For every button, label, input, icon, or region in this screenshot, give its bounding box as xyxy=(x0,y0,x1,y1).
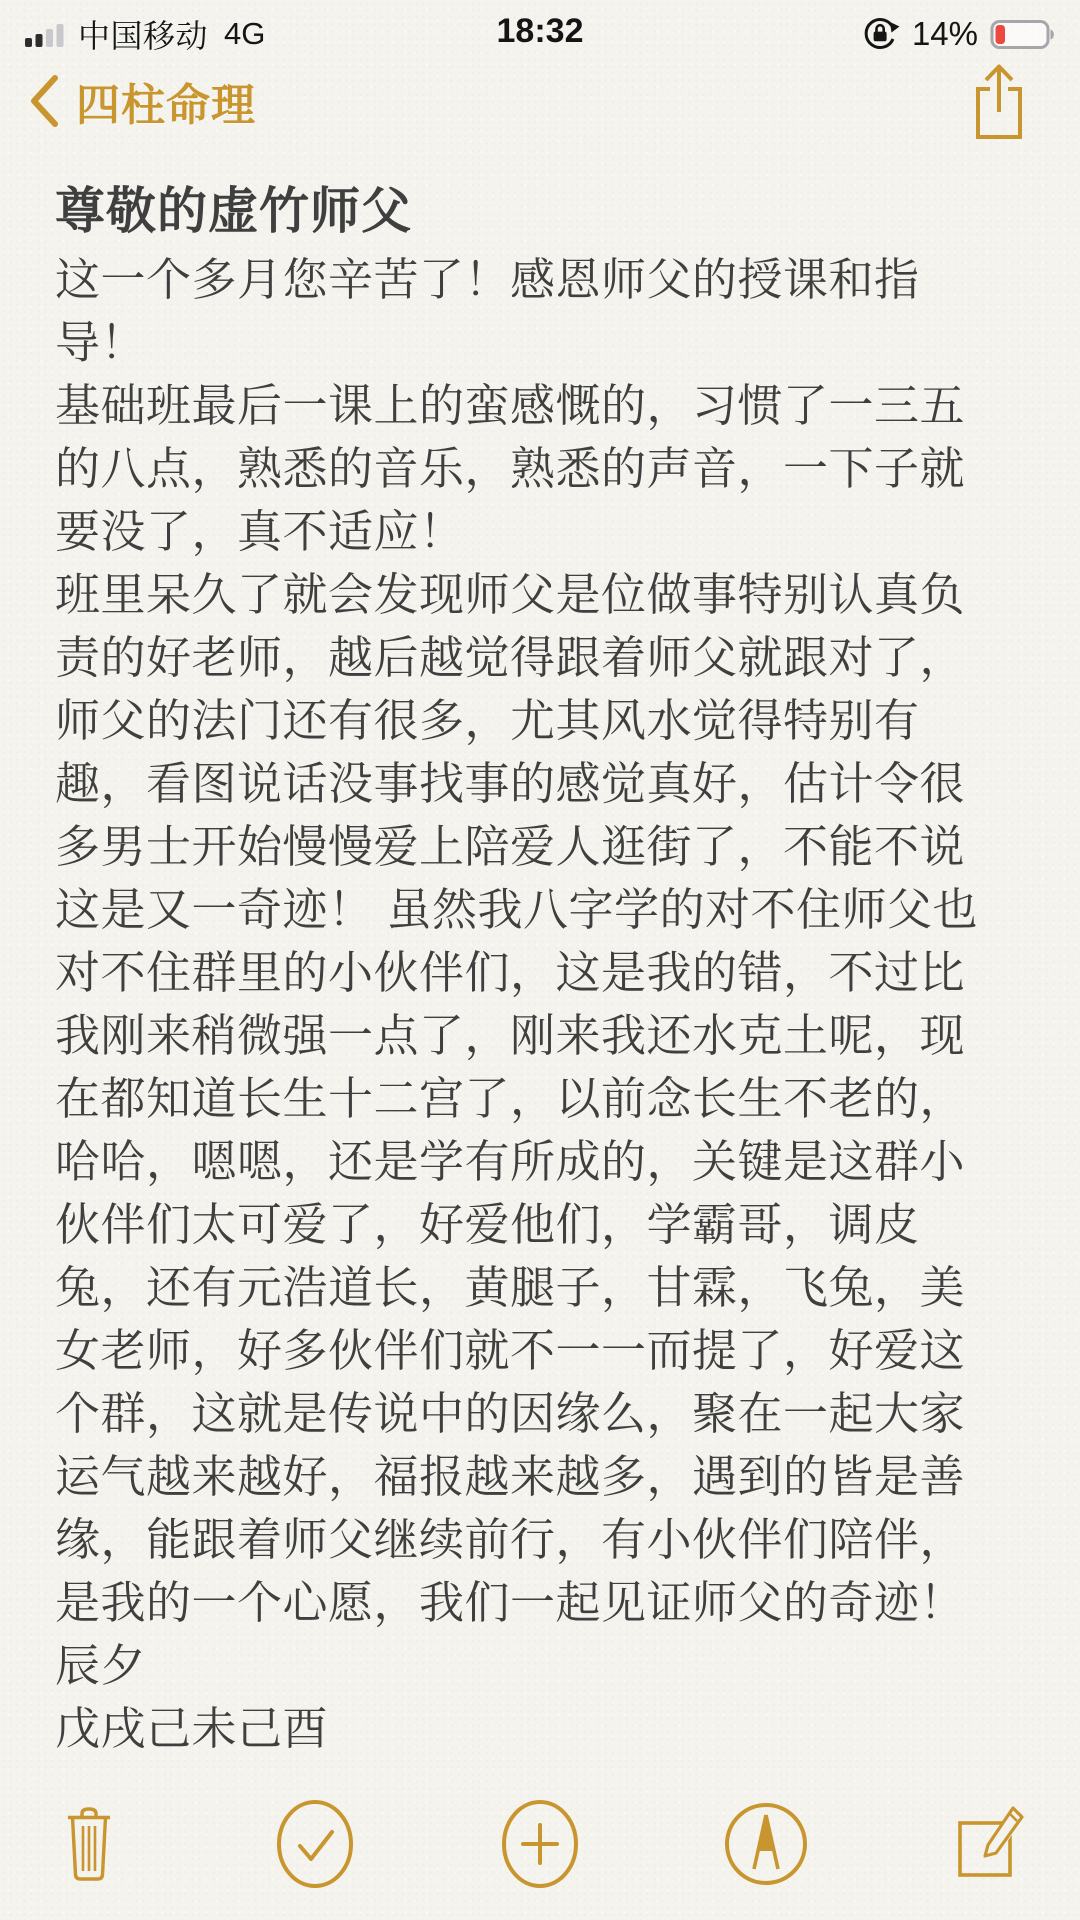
markup-pen-icon xyxy=(723,1799,809,1889)
network-type-label: 4G xyxy=(224,16,265,52)
chevron-left-icon xyxy=(28,73,60,129)
note-line: 戊戌己未己酉 xyxy=(55,1697,1030,1760)
battery-percent-label: 14% xyxy=(912,15,978,53)
note-line: 是我的一个心愿，我们一起见证师父的奇迹！ xyxy=(55,1571,1030,1634)
check-circle-icon xyxy=(274,1797,356,1891)
note-line: 伙伴们太可爱了，好爱他们，学霸哥，调皮 xyxy=(55,1193,1030,1256)
note-line: 班里呆久了就会发现师父是位做事特别认真负 xyxy=(55,563,1030,626)
status-bar-left: 中国移动 4G xyxy=(24,11,265,57)
battery-icon xyxy=(990,19,1056,50)
note-line: 运气越来越好，福报越来越多，遇到的皆是善 xyxy=(55,1445,1030,1508)
note-line: 哈哈，嗯嗯，还是学有所成的，关键是这群小 xyxy=(55,1130,1030,1193)
note-line: 基础班最后一课上的蛮感慨的，习惯了一三五 xyxy=(55,374,1030,437)
add-note-item-button[interactable] xyxy=(495,1796,585,1892)
note-line: 兔，还有元浩道长，黄腿子，甘霖，飞兔，美 xyxy=(55,1256,1030,1319)
note-line: 责的好老师，越后越觉得跟着师父就跟对了， xyxy=(55,626,1030,689)
nav-bar: 四柱命理 xyxy=(0,58,1080,144)
note-line: 缘，能跟着师父继续前行，有小伙伴们陪伴， xyxy=(55,1508,1030,1571)
back-button-label: 四柱命理 xyxy=(76,69,256,133)
note-line: 师父的法门还有很多，尤其风水觉得特别有 xyxy=(55,689,1030,752)
note-line: 导！ xyxy=(55,311,1030,374)
delete-note-button[interactable] xyxy=(44,1796,134,1892)
bottom-toolbar xyxy=(0,1782,1080,1920)
trash-icon xyxy=(56,1803,122,1885)
note-body: 这一个多月您辛苦了！感恩师父的授课和指导！基础班最后一课上的蛮感慨的，习惯了一三… xyxy=(55,248,1030,1760)
back-button[interactable]: 四柱命理 xyxy=(28,69,256,133)
carrier-label: 中国移动 xyxy=(78,11,208,57)
note-line: 这一个多月您辛苦了！感恩师父的授课和指 xyxy=(55,248,1030,311)
note-line: 辰夕 xyxy=(55,1634,1030,1697)
compose-icon xyxy=(950,1801,1032,1887)
markup-button[interactable] xyxy=(721,1796,811,1892)
note-line: 趣，看图说话没事找事的感觉真好，估计令很 xyxy=(55,752,1030,815)
note-content[interactable]: 尊敬的虚竹师父 这一个多月您辛苦了！感恩师父的授课和指导！基础班最后一课上的蛮感… xyxy=(0,144,1080,1760)
notes-app-screen: 中国移动 4G 18:32 14% 四柱命理 xyxy=(0,0,1080,1920)
note-line: 女老师，好多伙伴们就不一一而提了，好爱这 xyxy=(55,1319,1030,1382)
note-line: 对不住群里的小伙伴们，这是我的错，不过比 xyxy=(55,941,1030,1004)
note-line: 要没了，真不适应！ xyxy=(55,500,1030,563)
share-icon xyxy=(968,61,1030,141)
signal-strength-icon xyxy=(24,20,66,48)
compose-button[interactable] xyxy=(946,1796,1036,1892)
note-title: 尊敬的虚竹师父 xyxy=(55,174,1030,248)
note-line: 我刚来稍微强一点了，刚来我还水克土呢，现 xyxy=(55,1004,1030,1067)
share-button[interactable] xyxy=(968,61,1030,141)
status-bar: 中国移动 4G 18:32 14% xyxy=(0,0,1080,58)
note-line: 在都知道长生十二宫了，以前念长生不老的， xyxy=(55,1067,1030,1130)
note-line: 的八点，熟悉的音乐，熟悉的声音，一下子就 xyxy=(55,437,1030,500)
note-line: 这是又一奇迹！ 虽然我八字学的对不住师父也 xyxy=(55,878,1030,941)
add-circle-icon xyxy=(499,1797,581,1891)
orientation-lock-icon xyxy=(860,14,900,54)
checklist-button[interactable] xyxy=(270,1796,360,1892)
note-line: 个群，这就是传说中的因缘么，聚在一起大家 xyxy=(55,1382,1030,1445)
status-bar-right: 14% xyxy=(860,14,1056,54)
note-line: 多男士开始慢慢爱上陪爱人逛街了，不能不说 xyxy=(55,815,1030,878)
